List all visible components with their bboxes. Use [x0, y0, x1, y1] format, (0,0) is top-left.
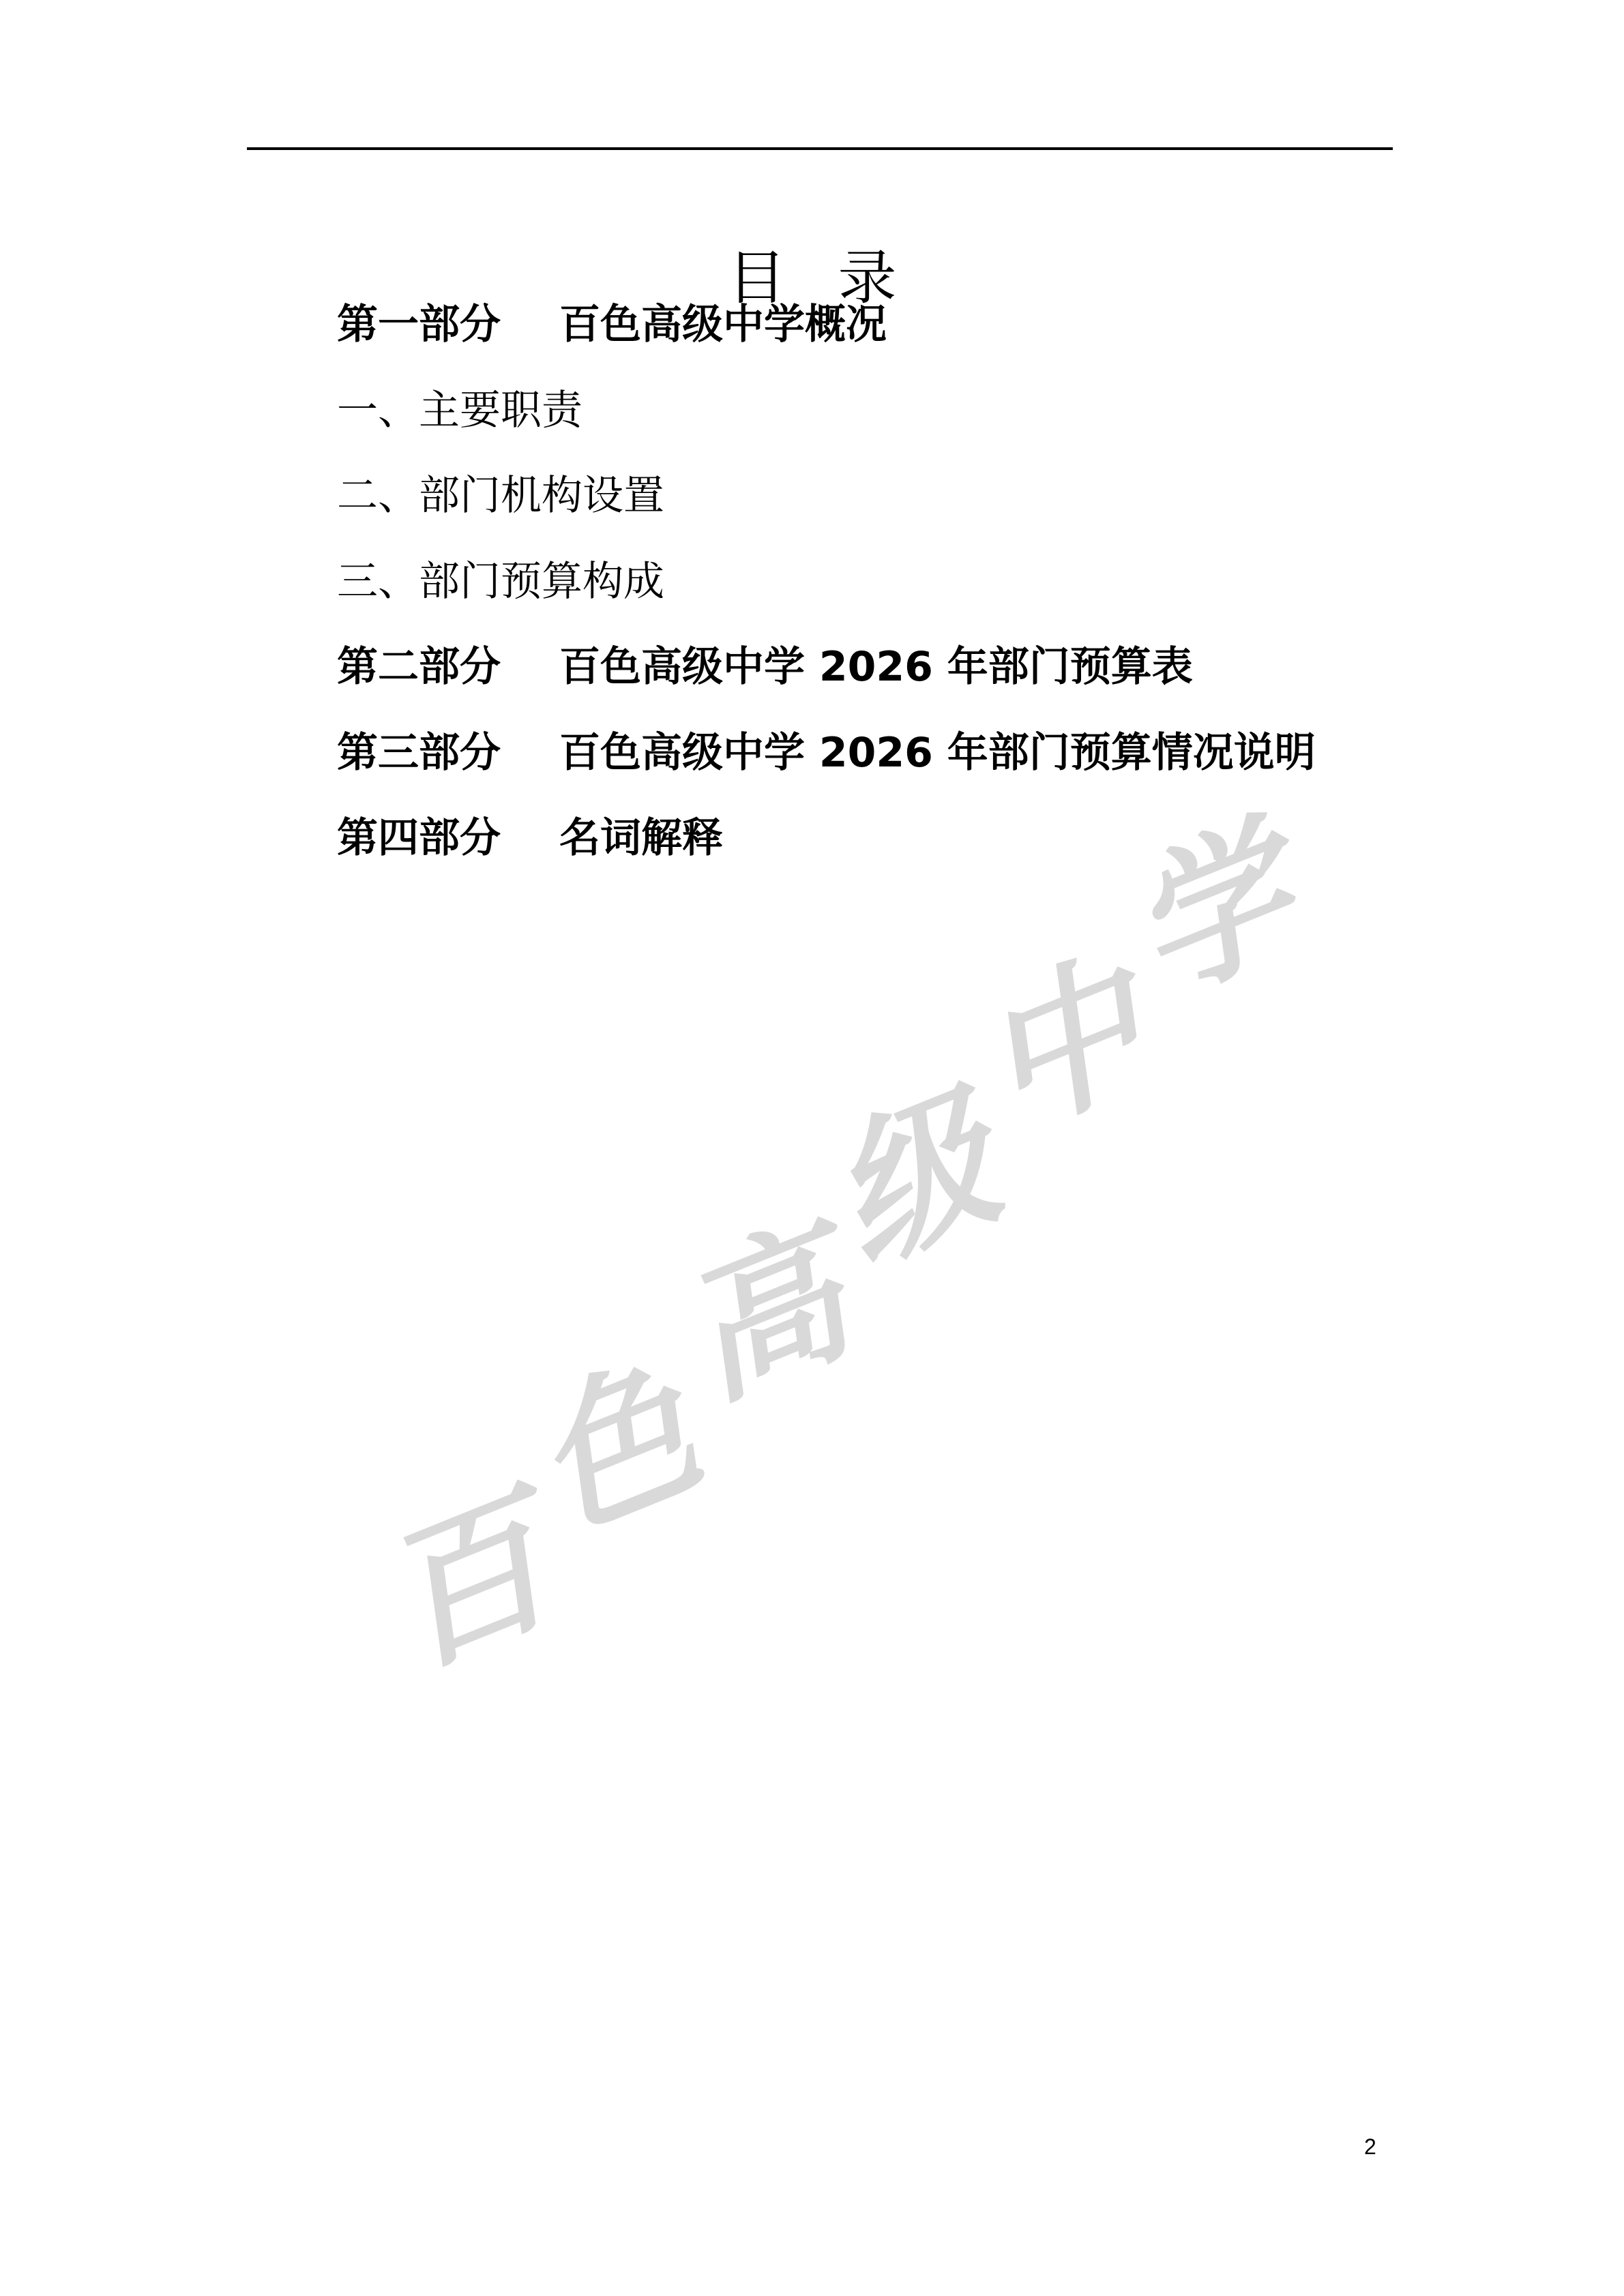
- toc-entry-text: 名词解释: [559, 814, 723, 862]
- toc-entry-label: 第一部分: [337, 297, 559, 352]
- watermark-char: 色: [514, 1347, 718, 1551]
- page-number: 2: [1364, 2133, 1376, 2160]
- toc-entry-section-3[interactable]: 三、部门预算构成: [337, 554, 1316, 640]
- watermark-char: 高: [662, 1213, 866, 1417]
- toc-entry-label: 第二部分: [337, 640, 559, 694]
- header-rule: [247, 147, 1393, 150]
- toc-entry-part-4[interactable]: 第四部分名词解释: [337, 811, 1316, 897]
- toc-entry-text: 百色高级中学 2026 年部门预算情况说明: [559, 729, 1316, 777]
- toc-entry-label: 一、: [337, 387, 419, 434]
- toc-entry-label: 三、: [337, 558, 419, 606]
- toc-entry-part-3[interactable]: 第三部分百色高级中学 2026 年部门预算情况说明: [337, 726, 1316, 811]
- toc-entry-part-2[interactable]: 第二部分百色高级中学 2026 年部门预算表: [337, 640, 1316, 726]
- toc-entry-section-1[interactable]: 一、主要职责: [337, 383, 1316, 469]
- toc-entry-section-2[interactable]: 二、部门机构设置: [337, 468, 1316, 554]
- toc-entry-text: 部门预算构成: [419, 558, 664, 606]
- toc-entry-text: 部门机构设置: [419, 472, 664, 520]
- toc-entry-label: 第三部分: [337, 726, 559, 780]
- watermark-char: 中: [960, 944, 1164, 1148]
- toc-entry-part-1[interactable]: 第一部分百色高级中学概况: [337, 297, 1316, 383]
- toc-entry-text: 百色高级中学概况: [559, 301, 887, 348]
- watermark: 百 色 高 级 中 学: [349, 794, 1329, 1702]
- toc-entry-label: 第四部分: [337, 811, 559, 865]
- watermark-char: 百: [364, 1481, 568, 1685]
- toc-entry-text: 主要职责: [419, 387, 582, 434]
- table-of-contents: 第一部分百色高级中学概况 一、主要职责 二、部门机构设置 三、部门预算构成 第二…: [337, 297, 1316, 897]
- toc-entry-text: 百色高级中学 2026 年部门预算表: [559, 643, 1193, 691]
- watermark-char: 级: [812, 1079, 1016, 1283]
- toc-entry-label: 二、: [337, 472, 419, 520]
